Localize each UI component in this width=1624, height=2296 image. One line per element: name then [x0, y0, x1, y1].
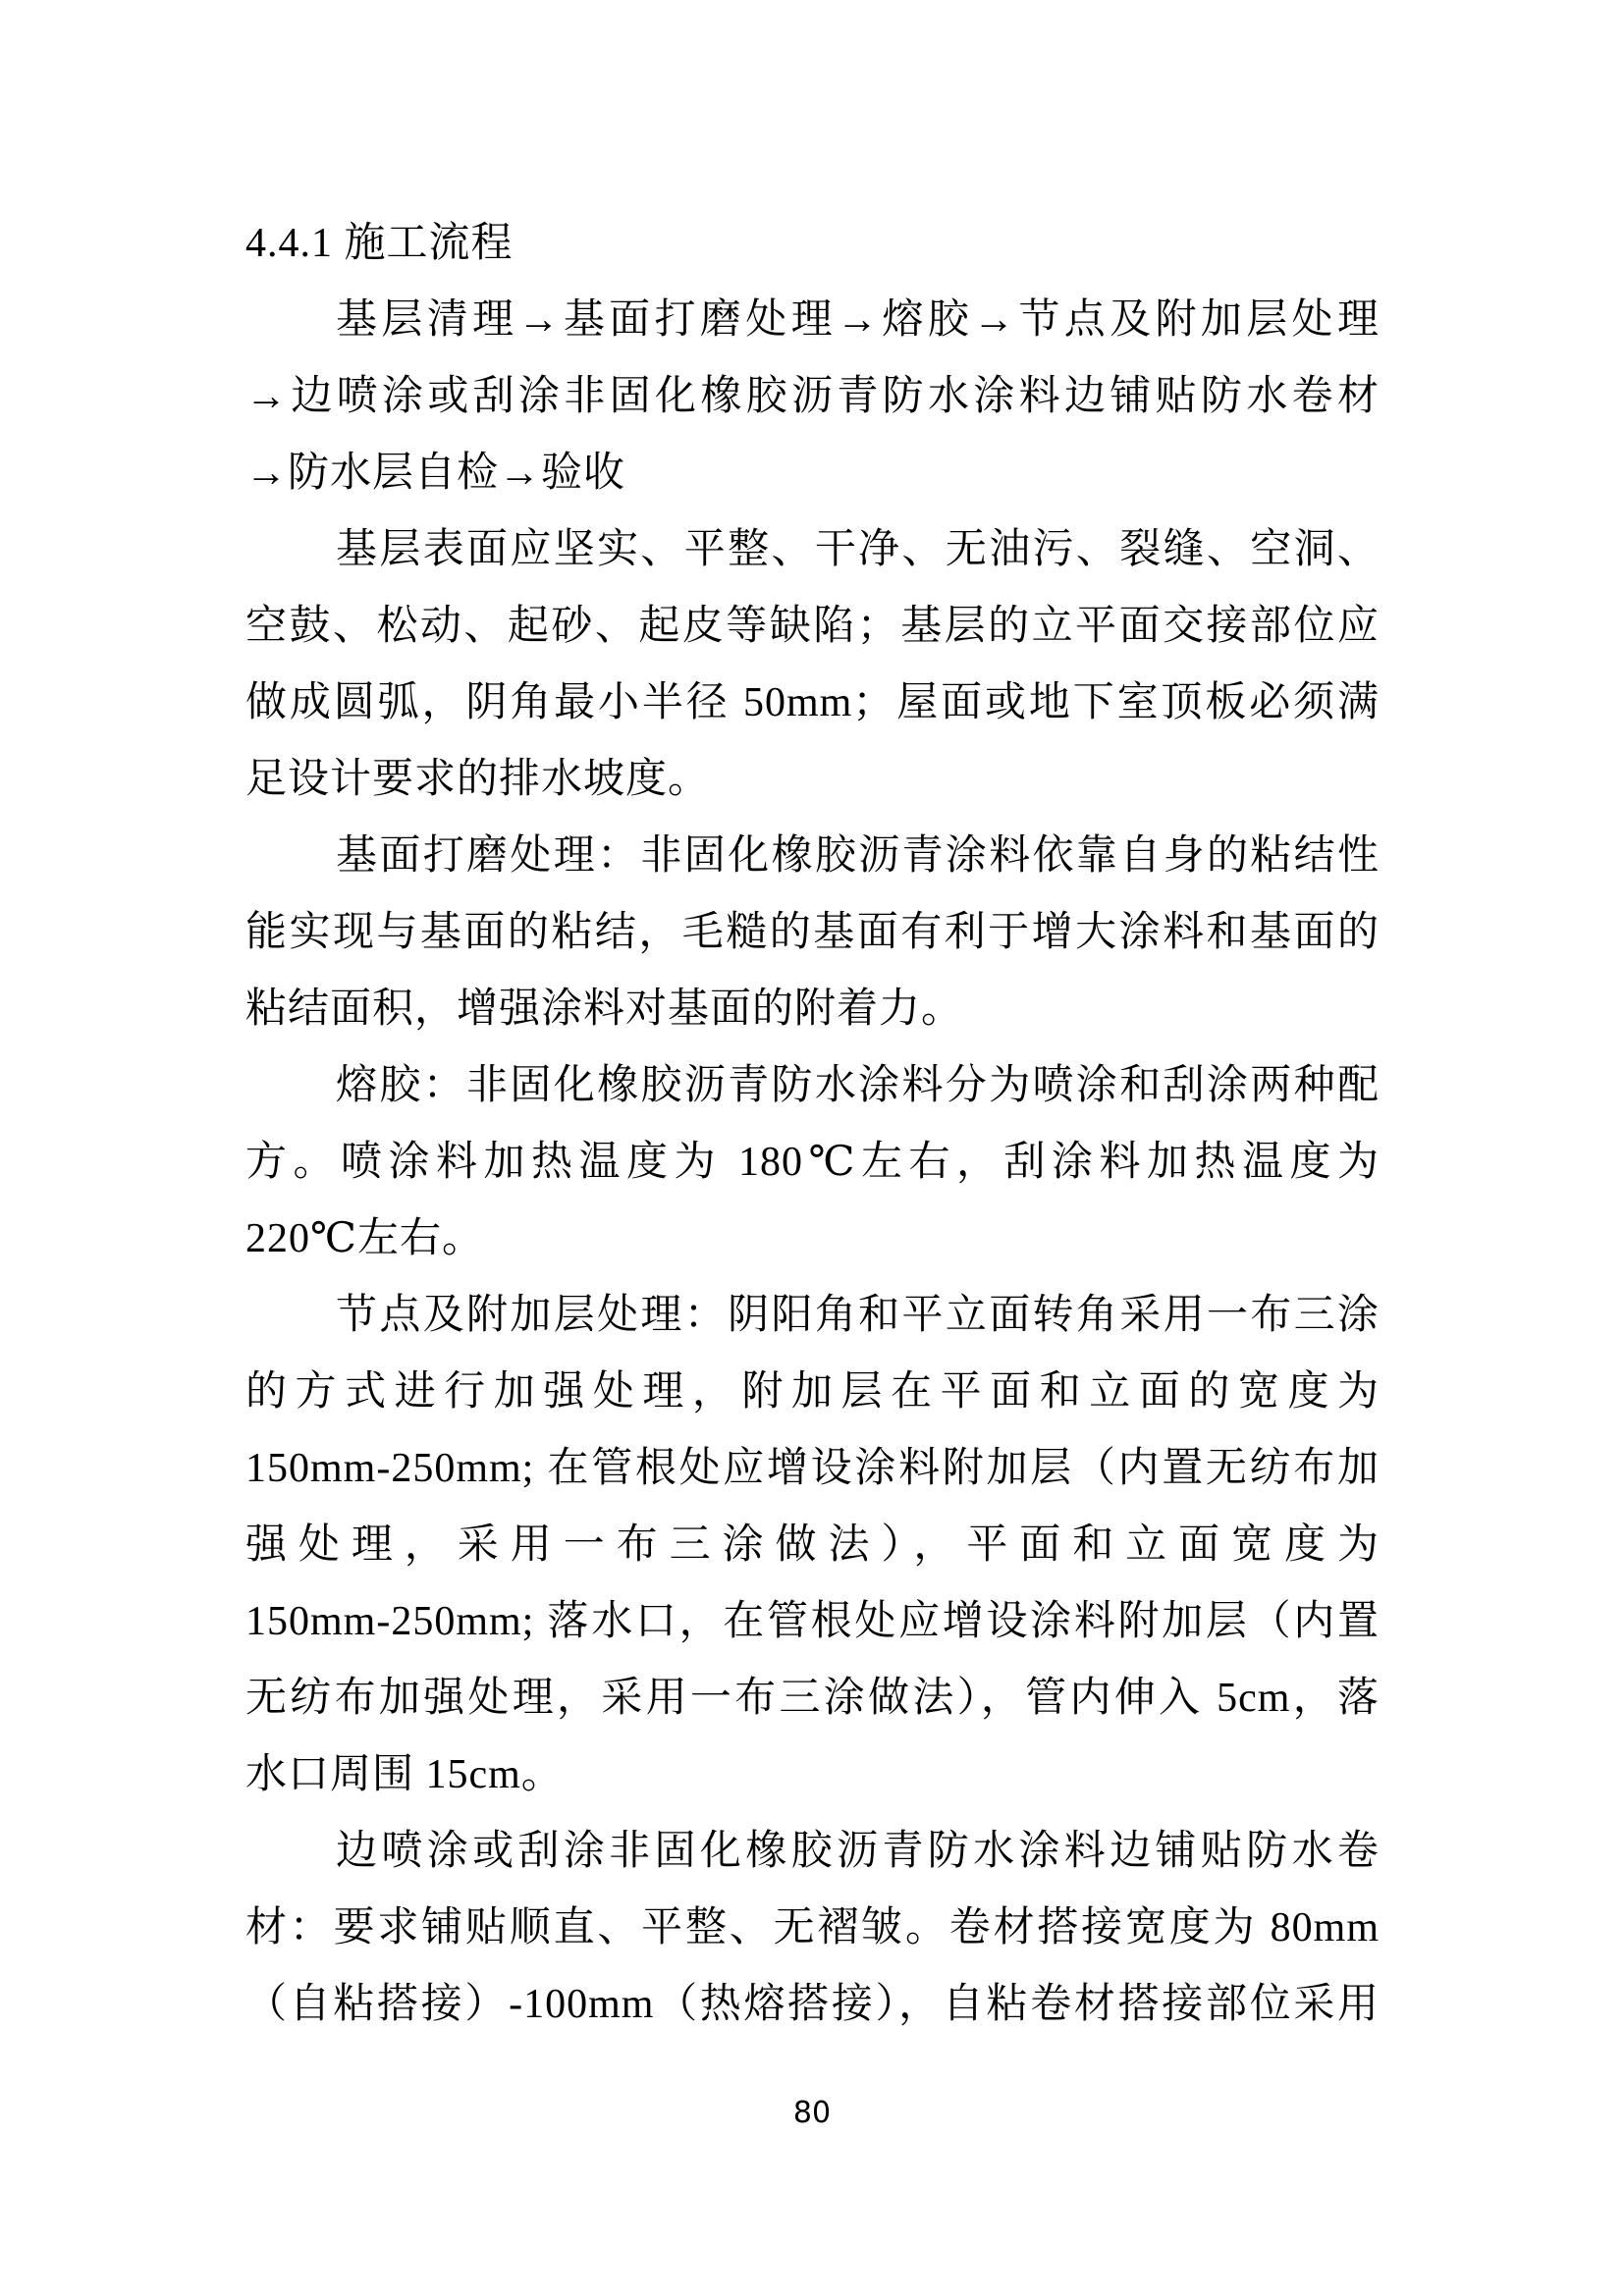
- text-line: 基层表面应坚实、平整、干净、无油污、裂缝、空洞、: [245, 511, 1380, 588]
- document-page: 4.4.1 施工流程 基层清理→基面打磨处理→熔胶→节点及附加层处理 →边喷涂或…: [0, 0, 1624, 2296]
- text-line: 能实现与基面的粘结，毛糙的基面有利于增大涂料和基面的: [245, 894, 1380, 971]
- text-line: 强处理，采用一布三涂做法），平面和立面宽度为: [245, 1507, 1380, 1583]
- text-line: 节点及附加层处理：阴阳角和平立面转角采用一布三涂: [245, 1277, 1380, 1354]
- text-line: 足设计要求的排水坡度。: [245, 741, 1380, 818]
- text-line: 空鼓、松动、起砂、起皮等缺陷；基层的立平面交接部位应: [245, 588, 1380, 665]
- text-line: 熔胶：非固化橡胶沥青防水涂料分为喷涂和刮涂两种配: [245, 1047, 1380, 1124]
- text-line: 材：要求铺贴顺直、平整、无褶皱。卷材搭接宽度为 80mm: [245, 1890, 1380, 1966]
- page-number: 80: [0, 2097, 1624, 2130]
- text-line: 方。喷涂料加热温度为 180℃左右，刮涂料加热温度为: [245, 1124, 1380, 1201]
- text-line: 做成圆弧，阴角最小半径 50mm；屋面或地下室顶板必须满: [245, 665, 1380, 741]
- text-line: 220℃左右。: [245, 1201, 1380, 1277]
- section-heading: 4.4.1 施工流程: [245, 205, 1380, 282]
- text-line: 水口周围 15cm。: [245, 1736, 1380, 1813]
- text-line: 的方式进行加强处理，附加层在平面和立面的宽度为: [245, 1354, 1380, 1430]
- text-line: →边喷涂或刮涂非固化橡胶沥青防水涂料边铺贴防水卷材: [245, 358, 1380, 435]
- text-line: 基面打磨处理：非固化橡胶沥青涂料依靠自身的粘结性: [245, 818, 1380, 894]
- text-line: （自粘搭接）-100mm（热熔搭接），自粘卷材搭接部位采用: [245, 1966, 1380, 2043]
- text-line: 边喷涂或刮涂非固化橡胶沥青防水涂料边铺贴防水卷: [245, 1813, 1380, 1890]
- text-line: →防水层自检→验收: [245, 435, 1380, 511]
- page-content: 4.4.1 施工流程 基层清理→基面打磨处理→熔胶→节点及附加层处理 →边喷涂或…: [245, 205, 1380, 2043]
- text-line: 无纺布加强处理，采用一布三涂做法），管内伸入 5cm，落: [245, 1660, 1380, 1736]
- text-line: 150mm-250mm; 在管根处应增设涂料附加层（内置无纺布加: [245, 1430, 1380, 1507]
- text-line: 基层清理→基面打磨处理→熔胶→节点及附加层处理: [245, 282, 1380, 358]
- text-line: 粘结面积，增强涂料对基面的附着力。: [245, 971, 1380, 1047]
- text-line: 150mm-250mm; 落水口，在管根处应增设涂料附加层（内置: [245, 1583, 1380, 1660]
